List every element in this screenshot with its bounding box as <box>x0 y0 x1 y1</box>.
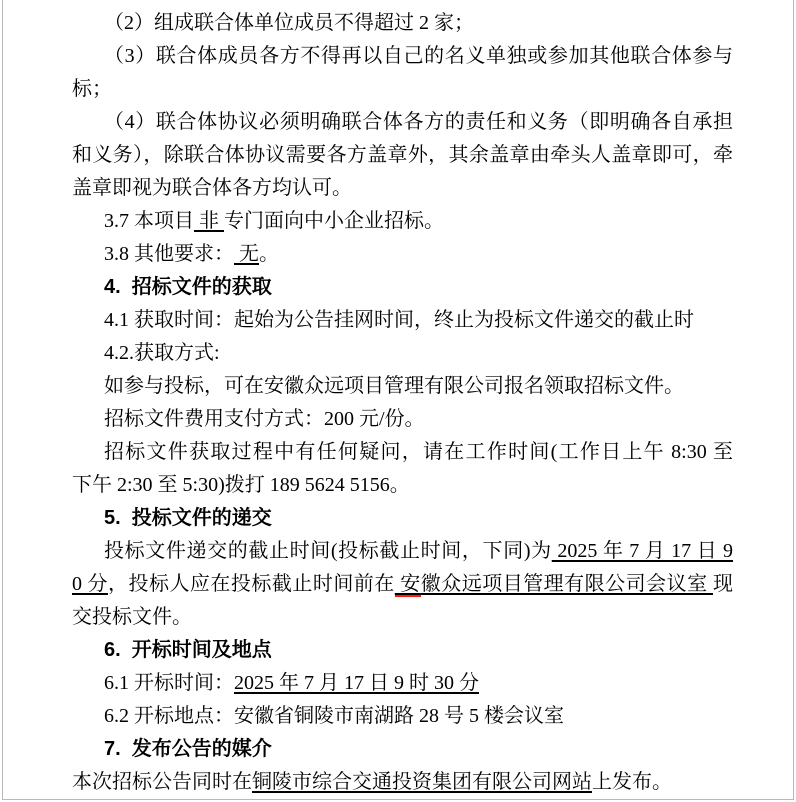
text-line: 本次招标公告同时在铜陵市综合交通投资集团有限公司网站上发布。 <box>72 766 733 799</box>
text-segment: 3.7 本项目 <box>104 210 194 232</box>
underlined-text: 徽众远项目管理有限公司会议室 <box>421 573 713 595</box>
text-segment: （3）联合体成员各方不得再以自己的名义单独或参加其他联合体参与本次投 <box>72 45 733 73</box>
text-line: 4.1 获取时间：起始为公告挂网时间，终止为投标文件递交的截止时间。 <box>72 304 733 337</box>
text-segment: 招标文件获取过程中有任何疑问，请在工作时间(工作日上午 8:30 至 11:30… <box>72 441 733 469</box>
text-line: 6.1 开标时间：2025 年 7 月 17 日 9 时 30 分 <box>72 667 733 700</box>
text-segment: 标； <box>72 78 112 100</box>
text-segment: 本次招标公告同时在 <box>72 771 252 793</box>
page-right-edge <box>793 0 794 799</box>
section-heading: 4. 招标文件的获取 <box>72 271 733 304</box>
text-line: 投标文件递交的截止时间(投标截止时间，下同)为 2025 年 7 月 17 日 … <box>72 535 733 568</box>
text-segment: 如参与投标，可在安徽众远项目管理有限公司报名领取招标文件。 <box>104 375 684 397</box>
text-segment: 4.2.获取方式: <box>104 342 220 364</box>
underlined-text: 0 分 <box>72 573 108 595</box>
text-segment: 和义务），除联合体协议需要各方盖章外，其余盖章由牵头人盖章即可，牵头人 <box>72 144 733 172</box>
text-line: 下午 2:30 至 5:30)拨打 189 5624 5156。 <box>72 469 733 502</box>
text-segment: ，投标人应在投标截止时间前在 <box>108 573 395 595</box>
text-segment: 盖章即视为联合体各方均认可。 <box>72 177 352 199</box>
text-line: 3.7 本项目 非 专门面向中小企业招标。 <box>72 205 733 238</box>
text-segment: 上发布。 <box>592 771 672 793</box>
text-segment: （2）组成联合体单位成员不得超过 2 家； <box>104 12 474 34</box>
text-segment: 招标文件费用支付方式：200 元/份。 <box>104 408 425 430</box>
text-line: 和义务），除联合体协议需要各方盖章外，其余盖章由牵头人盖章即可，牵头人 <box>72 139 733 172</box>
underlined-text: 非 <box>194 210 224 232</box>
text-line: 如参与投标，可在安徽众远项目管理有限公司报名领取招标文件。 <box>72 370 733 403</box>
text-line: （3）联合体成员各方不得再以自己的名义单独或参加其他联合体参与本次投 <box>72 40 733 73</box>
section-heading: 5. 投标文件的递交 <box>72 502 733 535</box>
text-line: 招标文件获取过程中有任何疑问，请在工作时间(工作日上午 8:30 至 11:30… <box>72 436 733 469</box>
text-line: 0 分，投标人应在投标截止时间前在 安徽众远项目管理有限公司会议室 现场提 <box>72 568 733 601</box>
text-line: 交投标文件。 <box>72 601 733 634</box>
text-segment: 6.2 开标地点：安徽省铜陵市南湖路 28 号 5 楼会议室 <box>104 705 564 727</box>
text-line: 招标文件费用支付方式：200 元/份。 <box>72 403 733 436</box>
text-segment: 投标文件递交的截止时间(投标截止时间，下同)为 <box>104 540 552 562</box>
spellcheck-underlined-text: 安 <box>395 573 421 597</box>
text-segment: 交投标文件。 <box>72 606 192 628</box>
page-left-edge <box>2 0 3 799</box>
text-segment: 4. 招标文件的获取 <box>104 276 272 298</box>
text-segment: 6.1 开标时间： <box>104 672 234 694</box>
text-segment: 4.1 获取时间：起始为公告挂网时间，终止为投标文件递交的截止时间。 <box>72 309 694 337</box>
underlined-text: 2025 年 7 月 17 日 9 时 30 分 <box>234 672 479 694</box>
text-segment: 专门面向中小企业招标。 <box>224 210 444 232</box>
text-segment: （4）联合体协议必须明确联合体各方的责任和义务（即明确各自承担的责任 <box>72 111 733 139</box>
text-line: 6.2 开标地点：安徽省铜陵市南湖路 28 号 5 楼会议室 <box>72 700 733 733</box>
text-line: 盖章即视为联合体各方均认可。 <box>72 172 733 205</box>
text-segment: 下午 2:30 至 5:30)拨打 189 5624 5156。 <box>72 474 410 496</box>
section-heading: 7. 发布公告的媒介 <box>72 733 733 766</box>
text-segment: 6. 开标时间及地点 <box>104 639 272 661</box>
document-page: （2）组成联合体单位成员不得超过 2 家；（3）联合体成员各方不得再以自己的名义… <box>0 0 796 802</box>
text-line: 3.8 其他要求： 无。 <box>72 238 733 271</box>
underlined-text: 无 <box>234 243 259 265</box>
text-segment: 7. 发布公告的媒介 <box>104 738 272 760</box>
text-line: （4）联合体协议必须明确联合体各方的责任和义务（即明确各自承担的责任 <box>72 106 733 139</box>
text-segment: 。 <box>259 243 279 265</box>
text-segment: 5. 投标文件的递交 <box>104 507 272 529</box>
text-segment: 3.8 其他要求： <box>104 243 234 265</box>
page-bottom-edge <box>2 799 794 800</box>
text-line: 标； <box>72 73 733 106</box>
section-heading: 6. 开标时间及地点 <box>72 634 733 667</box>
document-body: （2）组成联合体单位成员不得超过 2 家；（3）联合体成员各方不得再以自己的名义… <box>72 7 733 799</box>
text-line: （2）组成联合体单位成员不得超过 2 家； <box>72 7 733 40</box>
underlined-text: 铜陵市综合交通投资集团有限公司网站 <box>252 771 592 793</box>
text-line: 4.2.获取方式: <box>72 337 733 370</box>
